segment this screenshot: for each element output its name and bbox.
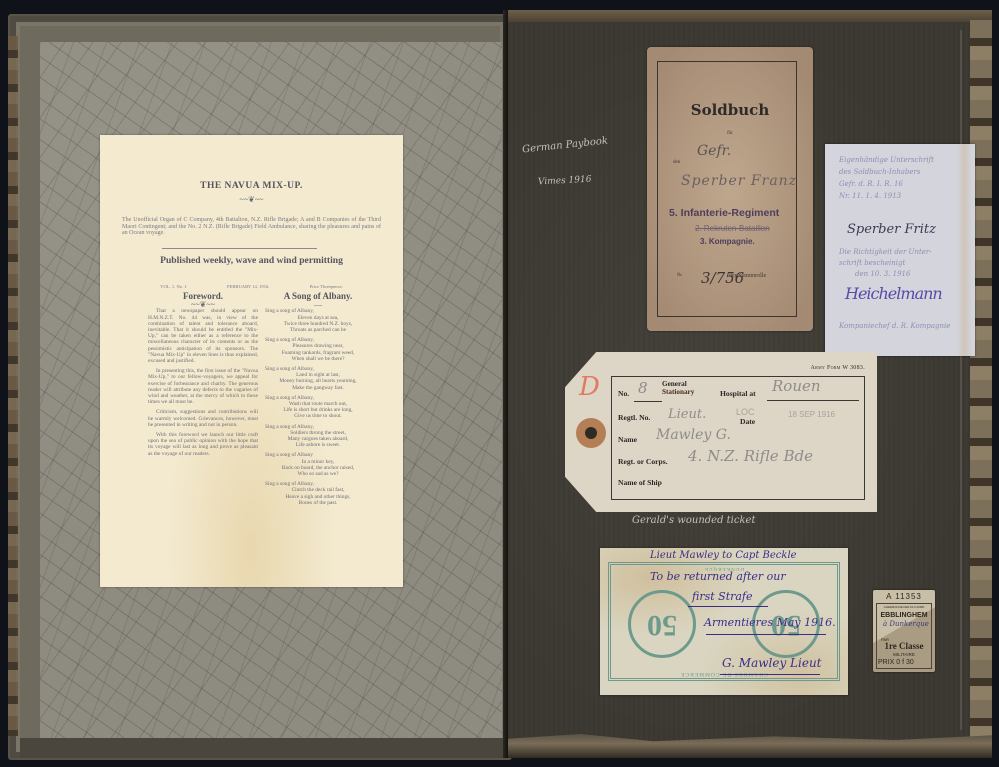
ornament-icon: ~~❦~~ — [100, 195, 403, 204]
ticket-header: CHEMINS DE FER DU NORD — [873, 605, 935, 609]
soldbuch-stammrolle: der Stammrolle — [729, 273, 766, 279]
tag-value-name: Mawley G. — [656, 427, 731, 443]
wounded-tag: D Army Form W 3083. No. 8 General Statio… — [565, 352, 877, 512]
soldbuch-paybook: Soldbuch für Gefr. den Sperber Franz 5. … — [647, 47, 813, 331]
german-signature-slip: Eigenhändige Unterschrift des Soldbuch-I… — [825, 144, 975, 356]
foreword-paragraph: In presenting this, the first issue of t… — [148, 368, 258, 405]
slip-line: den 10. 3. 1916 — [855, 270, 967, 278]
right-page-edge — [970, 20, 992, 750]
tag-form-box: No. 8 General Stationary Hospital at Rou… — [611, 376, 865, 500]
tag-value-hospital: Rouen — [772, 377, 821, 395]
underline — [634, 401, 662, 402]
left-page-bottom-strip — [20, 738, 510, 758]
soldbuch-number-label: № — [677, 273, 682, 278]
tag-label-no: No. — [618, 389, 629, 398]
right-page-bottom-edge — [508, 734, 992, 758]
banknote-denomination-left: 50 — [628, 590, 696, 658]
train-ticket: A 11353 CHEMINS DE FER DU NORD EBBLINGHE… — [873, 590, 935, 672]
slip-line: Eigenhändige Unterschrift — [839, 156, 967, 164]
slip-line: Die Richtigkeit der Unter- — [839, 248, 967, 256]
tag-hospital-type: General Stationary — [662, 381, 694, 396]
poem-stanza: Sing a song of Albany, Soldiers throng t… — [263, 424, 373, 449]
poem-stanza: Sing a song of Albany, Land in sight at … — [263, 366, 373, 391]
issue-volume: VOL. 1. No. 1 — [160, 284, 187, 289]
soldbuch-regiment: 5. Infanterie-Regiment — [669, 207, 779, 219]
ticket-price: PRIX 0 f 30 — [878, 659, 914, 666]
soldbuch-rank: Gefr. — [697, 143, 731, 159]
soldbuch-title: Soldbuch — [647, 101, 813, 119]
slip-line: Nr. 11. 1. 4. 1913 — [839, 192, 967, 200]
underline — [767, 400, 859, 401]
ticket-station: EBBLINGHEM — [873, 612, 935, 619]
poem-line: Life ashore is sweet. — [263, 442, 373, 448]
soldbuch-company: 3. Kompagnie. — [700, 237, 755, 246]
tag-label-date: Date — [740, 417, 755, 426]
poem-line: Who so sad as we? — [263, 471, 373, 477]
poem-stanza: Sing a song of Albany, Eleven days at se… — [263, 308, 373, 333]
newspaper-clipping: THE NAVUA MIX-UP. ~~❦~~ The Unofficial O… — [100, 135, 403, 587]
poem-line: When shall we be there? — [263, 356, 373, 362]
underline — [720, 674, 820, 675]
slip-line: Gefr. d. R. I. R. 16 — [839, 180, 967, 188]
issue-date: FEBRUARY 14, 1916. — [227, 284, 269, 289]
right-page-top-edge — [508, 10, 992, 22]
slip-name: Sperber Fritz — [847, 222, 936, 237]
left-page-edge — [8, 36, 18, 736]
ticket-number: A 11353 — [873, 592, 935, 601]
foreword-heading: Foreword. — [148, 293, 258, 299]
dunkerque-banknote: DUNKERQUE 50 50 CHAMBRE DE COMMERCE Lieu… — [600, 548, 848, 695]
poem-column: A Song of Albany. — Sing a song of Alban… — [263, 293, 373, 510]
tag-grommet-icon — [576, 418, 606, 448]
foreword-paragraph: Criticism, suggestions and contributions… — [148, 409, 258, 428]
poem-line: Give us time to shout. — [263, 413, 373, 419]
tag-label-ship: Name of Ship — [618, 478, 662, 487]
banknote-inscription: To be returned after our — [650, 570, 786, 583]
tag-label-hospital: Hospital at — [720, 389, 756, 398]
tag-label-name: Name — [618, 435, 637, 444]
newspaper-headline: Published weekly, wave and wind permitti… — [100, 255, 403, 266]
banknote-signature: G. Mawley Lieut — [722, 656, 822, 670]
poem-stanza: Sing a song of Albany, Clutch the deck r… — [263, 481, 373, 506]
banknote-inscription: Armentieres May 1916. — [704, 616, 836, 629]
tag-label-regt: Regt. or Corps. — [618, 457, 668, 466]
right-page-inner-rule — [960, 30, 962, 730]
poem-line: Make the gangway fast. — [263, 385, 373, 391]
slip-line: Kompaniechef d. R. Kompagnie — [839, 322, 967, 330]
soldbuch-battalion: 2. Rekruten-Bataillon — [695, 224, 770, 233]
banknote-inscription: Lieut Mawley to Capt Beckle — [650, 550, 797, 561]
foreword-column: Foreword. ~~❦~~ That a newspaper should … — [148, 293, 258, 461]
tag-stationary: Stationary — [662, 389, 694, 397]
newspaper-title: THE NAVUA MIX-UP. — [100, 181, 403, 191]
tag-stamp-loc: LOC — [736, 407, 755, 417]
foreword-paragraph: That a newspaper should appear on H.M.N.… — [148, 308, 258, 364]
ticket-destination: à Dunkerque — [883, 620, 929, 628]
tag-form-number: Army Form W 3083. — [811, 365, 865, 371]
issue-meta: VOL. 1. No. 1 FEBRUARY 14, 1916. Price T… — [100, 284, 403, 289]
underline — [688, 606, 768, 607]
divider — [162, 248, 317, 249]
poem-stanza: Sing a song of Albany, Pleasures drawing… — [263, 337, 373, 362]
poem-stanza: Sing a song of Albany In a minor key, Ba… — [263, 452, 373, 477]
issue-price: Price Threepence. — [310, 284, 343, 289]
soldbuch-den: den — [673, 160, 680, 165]
tag-value-regt: 4. N.Z. Rifle Bde — [688, 447, 813, 465]
ticket-class: 1re Classe — [873, 641, 935, 651]
tag-value-no: 8 — [638, 379, 648, 397]
slip-line: des Soldbuch-Inhabers — [839, 168, 967, 176]
soldbuch-name: Sperber Franz — [681, 173, 797, 189]
newspaper-subtitle: The Unofficial Organ of C Company, 4th B… — [122, 217, 381, 237]
tag-label-regtl-no: Regtl. No. — [618, 413, 650, 422]
tag-d-mark: D — [579, 372, 600, 402]
underline — [706, 634, 826, 635]
ticket-military: MILITAIRE — [873, 652, 935, 657]
slip-signature: Heichelmann — [845, 284, 942, 303]
caption-wounded-ticket: Gerald's wounded ticket — [632, 515, 755, 526]
banknote-inscription: first Strafe — [692, 590, 753, 603]
poem-heading: A Song of Albany. — [263, 293, 373, 299]
slip-line: schrift bescheinigt — [839, 259, 967, 267]
poem-line: Bones of the past. — [263, 500, 373, 506]
poem-stanza: Sing a song of Albany, Wash that route m… — [263, 395, 373, 420]
tag-value-regtl-no: Lieut. — [668, 407, 706, 422]
tag-value-date: 18 SEP 1916 — [788, 410, 835, 419]
foreword-paragraph: With this foreword we launch our little … — [148, 432, 258, 457]
soldbuch-fur: für — [647, 131, 813, 136]
poem-line: Throats as parched can be — [263, 327, 373, 333]
poem-line: Money burning, all hearts yearning, — [263, 378, 373, 384]
